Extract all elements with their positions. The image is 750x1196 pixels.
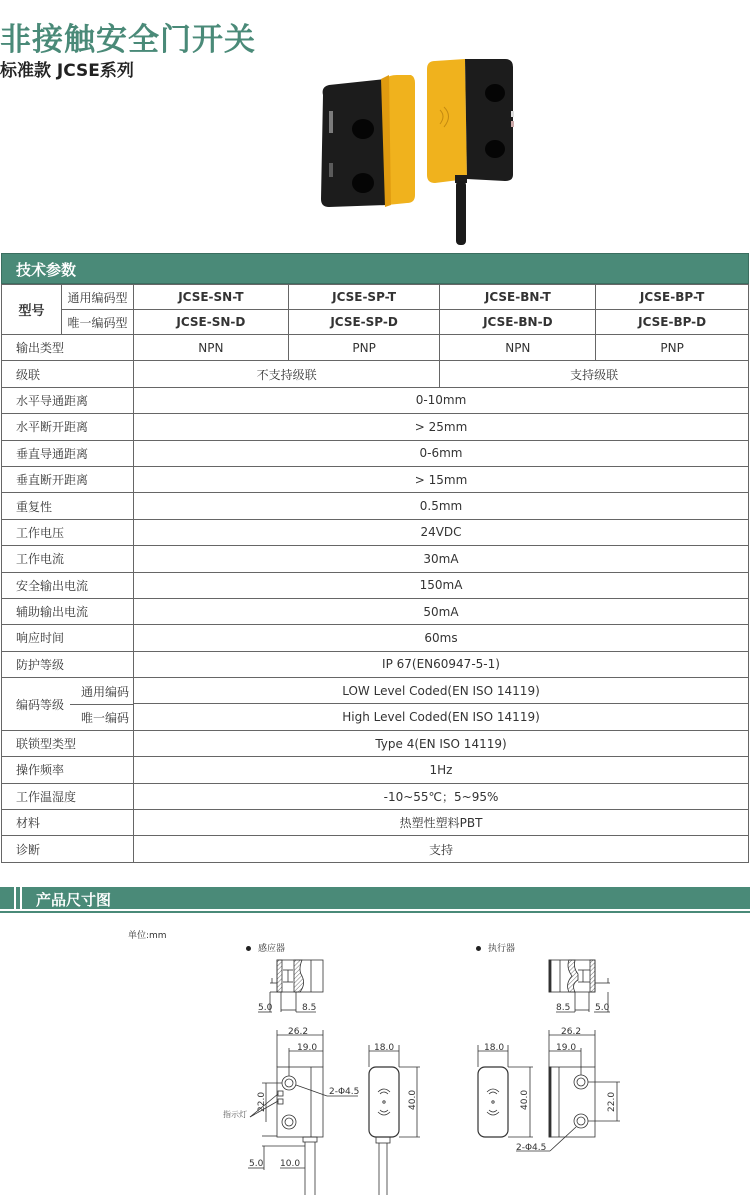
- row-value: 150mA: [134, 572, 749, 598]
- svg-text:26.2: 26.2: [288, 1027, 308, 1037]
- row-label: 工作电压: [2, 519, 134, 545]
- table-row: 水平断开距离> 25mm: [2, 414, 749, 440]
- sensor-front-view: [369, 1045, 420, 1195]
- model-value: JCSE-SN-T: [134, 285, 289, 310]
- row-label: 材料: [2, 810, 134, 836]
- table-row: 级联 不支持级联 支持级联: [2, 361, 749, 387]
- spec-table: 型号 通用编码型 JCSE-SN-T JCSE-SP-T JCSE-BN-T J…: [1, 284, 749, 863]
- dimension-drawing: 5.0 8.5: [0, 940, 750, 1196]
- svg-text:19.0: 19.0: [297, 1043, 317, 1053]
- table-row: 工作电压24VDC: [2, 519, 749, 545]
- row-label: 操作频率: [2, 757, 134, 783]
- table-row: 重复性0.5mm: [2, 493, 749, 519]
- model-value: JCSE-BP-T: [596, 285, 749, 310]
- svg-text:5.0: 5.0: [595, 1003, 610, 1013]
- row-label: 响应时间: [2, 625, 134, 651]
- model-value: JCSE-SN-D: [134, 310, 289, 335]
- decor-bar: [20, 887, 22, 909]
- row-label: 辅助输出电流: [2, 598, 134, 624]
- table-row: 输出类型 NPN PNP NPN PNP: [2, 335, 749, 361]
- spec-section-header: 技术参数: [1, 253, 749, 284]
- svg-text:2-Φ4.5: 2-Φ4.5: [516, 1143, 546, 1153]
- row-value: 24VDC: [134, 519, 749, 545]
- row-value: IP 67(EN60947-5-1): [134, 651, 749, 677]
- row-label: 级联: [2, 361, 134, 387]
- model-value: JCSE-BP-D: [596, 310, 749, 335]
- row-label: 安全输出电流: [2, 572, 134, 598]
- coding-sub-label: 唯一编码: [81, 709, 129, 726]
- sensor-photo: [427, 59, 514, 245]
- row-value: 热塑性塑料PBT: [134, 810, 749, 836]
- model-value: JCSE-BN-T: [440, 285, 596, 310]
- coding-sub-label: 通用编码: [81, 683, 129, 700]
- table-row: 防护等级IP 67(EN60947-5-1): [2, 651, 749, 677]
- table-row: 操作频率1Hz: [2, 757, 749, 783]
- page-subtitle: 标准款 JCSE系列: [0, 56, 134, 81]
- table-row: 型号 通用编码型 JCSE-SN-T JCSE-SP-T JCSE-BN-T J…: [2, 285, 749, 310]
- table-row: 编码等级 通用编码 唯一编码 LOW Level Coded(EN ISO 14…: [2, 678, 749, 704]
- row-value: 0.5mm: [134, 493, 749, 519]
- svg-text:18.0: 18.0: [484, 1043, 504, 1053]
- row-value: PNP: [288, 335, 440, 361]
- coding-level-label-cell: 编码等级 通用编码 唯一编码: [2, 678, 134, 731]
- svg-text:18.0: 18.0: [374, 1043, 394, 1053]
- table-row: 垂直断开距离> 15mm: [2, 466, 749, 492]
- row-label: 输出类型: [2, 335, 134, 361]
- dimensions-section-header: 产品尺寸图: [0, 887, 750, 909]
- row-value: 30mA: [134, 546, 749, 572]
- row-value: 60ms: [134, 625, 749, 651]
- dimensions-title: 产品尺寸图: [36, 889, 111, 910]
- row-value: > 15mm: [134, 466, 749, 492]
- decor-bar: [14, 887, 16, 909]
- table-row: 响应时间60ms: [2, 625, 749, 651]
- actuator-photo: [321, 75, 415, 207]
- svg-text:5.0: 5.0: [249, 1159, 264, 1169]
- row-label: 联锁型类型: [2, 730, 134, 756]
- table-row: 唯一编码型 JCSE-SN-D JCSE-SP-D JCSE-BN-D JCSE…: [2, 310, 749, 335]
- row-value: LOW Level Coded(EN ISO 14119): [134, 678, 749, 704]
- model-row-label: 通用编码型: [62, 285, 134, 310]
- model-value: JCSE-SP-D: [288, 310, 440, 335]
- svg-text:8.5: 8.5: [302, 1003, 316, 1013]
- row-label: 诊断: [2, 836, 134, 862]
- row-value: 0-10mm: [134, 387, 749, 413]
- svg-text:8.5: 8.5: [556, 1003, 570, 1013]
- table-row: 垂直导通距离0-6mm: [2, 440, 749, 466]
- model-value: JCSE-SP-T: [288, 285, 440, 310]
- row-value: -10~55℃；5~95%: [134, 783, 749, 809]
- svg-text:40.0: 40.0: [408, 1090, 418, 1110]
- row-label: 重复性: [2, 493, 134, 519]
- svg-text:26.2: 26.2: [561, 1027, 581, 1037]
- table-row: 联锁型类型Type 4(EN ISO 14119): [2, 730, 749, 756]
- page-title: 非接触安全门开关: [0, 14, 256, 59]
- row-value: 不支持级联: [134, 361, 440, 387]
- table-row: 工作电流30mA: [2, 546, 749, 572]
- row-label: 垂直断开距离: [2, 466, 134, 492]
- row-value: NPN: [134, 335, 289, 361]
- model-label: 型号: [2, 285, 62, 335]
- model-value: JCSE-BN-D: [440, 310, 596, 335]
- table-row: 辅助输出电流50mA: [2, 598, 749, 624]
- divider: [70, 704, 134, 705]
- svg-text:22.0: 22.0: [607, 1092, 617, 1112]
- svg-text:19.0: 19.0: [556, 1043, 576, 1053]
- row-label: 垂直导通距离: [2, 440, 134, 466]
- table-row: 安全输出电流150mA: [2, 572, 749, 598]
- table-row: 工作温湿度-10~55℃；5~95%: [2, 783, 749, 809]
- row-value: 50mA: [134, 598, 749, 624]
- svg-text:2-Φ4.5: 2-Φ4.5: [329, 1087, 359, 1097]
- svg-text:指示灯: 指示灯: [223, 1109, 247, 1119]
- table-row: 诊断支持: [2, 836, 749, 862]
- svg-text:22.0: 22.0: [257, 1092, 267, 1112]
- svg-text:5.0: 5.0: [258, 1003, 273, 1013]
- row-value: 支持级联: [440, 361, 749, 387]
- row-value: PNP: [596, 335, 749, 361]
- row-label: 水平断开距离: [2, 414, 134, 440]
- row-value: 支持: [134, 836, 749, 862]
- coding-level-label: 编码等级: [16, 696, 64, 713]
- row-value: 0-6mm: [134, 440, 749, 466]
- row-label: 水平导通距离: [2, 387, 134, 413]
- row-value: NPN: [440, 335, 596, 361]
- row-value: 1Hz: [134, 757, 749, 783]
- row-value: Type 4(EN ISO 14119): [134, 730, 749, 756]
- row-value: > 25mm: [134, 414, 749, 440]
- svg-text:40.0: 40.0: [520, 1090, 530, 1110]
- svg-text:10.0: 10.0: [280, 1159, 300, 1169]
- row-label: 工作温湿度: [2, 783, 134, 809]
- divider: [0, 911, 750, 913]
- table-row: 材料热塑性塑料PBT: [2, 810, 749, 836]
- row-value: High Level Coded(EN ISO 14119): [134, 704, 749, 730]
- table-row: 水平导通距离0-10mm: [2, 387, 749, 413]
- product-photo: [315, 55, 525, 250]
- row-label: 工作电流: [2, 546, 134, 572]
- model-row-label: 唯一编码型: [62, 310, 134, 335]
- row-label: 防护等级: [2, 651, 134, 677]
